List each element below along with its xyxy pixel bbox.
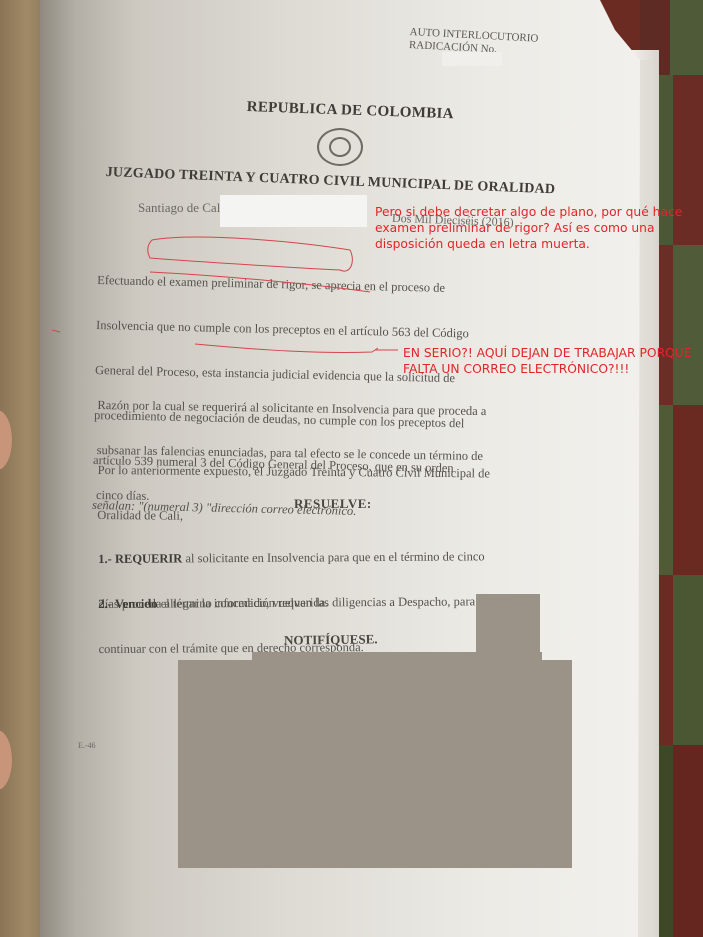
redaction-box [220, 195, 367, 227]
annotation-comment-1: Pero si debe decretar algo de plano, por… [375, 204, 682, 252]
item-verb: REQUERIR [115, 551, 182, 565]
resolution-heading: RESUELVE: [294, 496, 372, 511]
item-text: el término concedido, vuelvan las dilige… [157, 594, 475, 610]
closing-notification: NOTIFÍQUESE. [284, 631, 378, 647]
document-title: REPUBLICA DE COLOMBIA [246, 100, 454, 122]
annotation-line: Pero si debe decretar algo de plano, por… [375, 204, 682, 220]
annotation-comment-2: EN SERIO?! AQUÍ DEJAN DE TRABAJAR PORQUE… [403, 345, 692, 377]
item-number: 2.- [98, 597, 112, 611]
item-verb: Vencido [115, 597, 158, 611]
paragraph-line: Efectuando el examen preliminar de rigor… [97, 273, 470, 296]
redaction-box [442, 52, 502, 66]
paragraph-line: Por lo anteriormente expuesto, el Juzgad… [98, 463, 490, 481]
item-number: 1.- [98, 552, 112, 566]
colombia-seal-icon [317, 128, 363, 166]
annotation-line: EN SERIO?! AQUÍ DEJAN DE TRABAJAR PORQUE [403, 345, 692, 361]
redaction-box [178, 660, 572, 868]
paragraph-line: Insolvencia que no cumple con los precep… [96, 318, 469, 341]
footer-tag: E.-46 [78, 738, 96, 753]
item-text: al solicitante en Insolvencia para que e… [182, 549, 484, 565]
paragraph-line: Razón por la cual se requerirá al solici… [97, 398, 486, 419]
annotation-line: disposición queda en letra muerta. [375, 236, 682, 252]
annotation-line: examen preliminar de rigor? Así es como … [375, 220, 682, 236]
annotation-line: FALTA UN CORREO ELECTRÓNICO?!!! [403, 361, 692, 377]
court-name: JUZGADO TREINTA Y CUATRO CIVIL MUNICIPAL… [105, 165, 555, 197]
